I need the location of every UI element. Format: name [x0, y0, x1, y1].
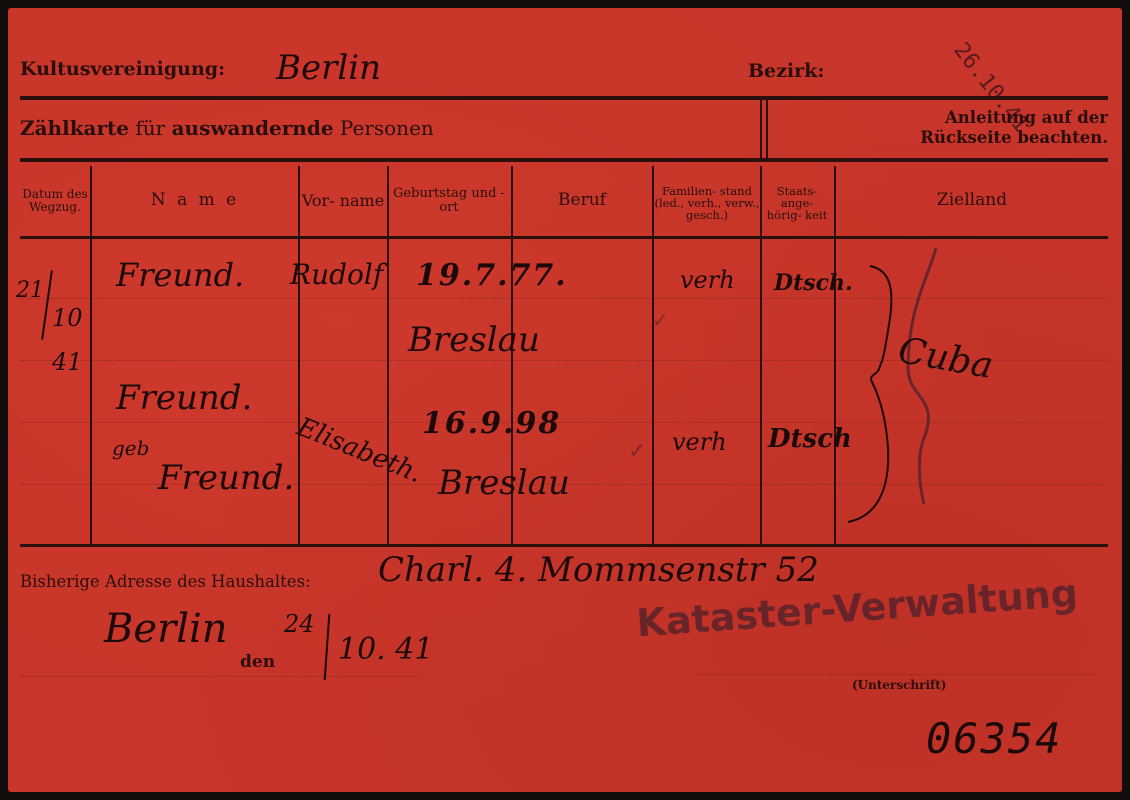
row2-geb-prefix: geb	[112, 436, 149, 460]
kultus-value: Berlin	[276, 48, 381, 88]
date-guide	[20, 676, 420, 677]
col-header-geburt: Geburtstag und -ort	[389, 166, 509, 236]
date-day: 24	[284, 610, 315, 638]
col-sep-5	[652, 166, 654, 546]
title-part-3: auswandernde	[172, 116, 334, 140]
date-rest: 10. 41	[338, 632, 433, 667]
row1-geburtstag: 19.7.77.	[416, 258, 568, 293]
col-header-familienstand: Familien- stand (led., verh., verw., ges…	[654, 166, 760, 240]
row1-vorname: Rudolf	[290, 258, 383, 291]
row2-vorname: Elisabeth.	[293, 412, 427, 489]
instructions-note: Anleitung auf der Rückseite beachten.	[778, 108, 1108, 148]
row2-check-icon: ✓	[628, 438, 646, 464]
col-header-zielland: Zielland	[836, 166, 1108, 236]
row1-check-icon: ✓	[652, 308, 669, 333]
card-number: 06354	[926, 714, 1062, 763]
title-part-2: für	[135, 116, 165, 140]
row2-name: Freund.	[116, 378, 252, 418]
col-header-beruf: Beruf	[513, 166, 651, 236]
col-header-staatsangehoerigkeit: Staats- ange- hörig- keit	[762, 166, 832, 240]
header-divider-b	[766, 100, 768, 160]
address-label: Bisherige Adresse des Haushaltes:	[20, 572, 311, 591]
col-sep-1	[90, 166, 92, 546]
col-sep-6	[760, 166, 762, 546]
title-part-1: Zählkarte	[20, 116, 129, 140]
address-value: Charl. 4. Mommsenstr 52	[378, 550, 819, 590]
datum-month: 10	[52, 304, 83, 332]
table-header-rule	[20, 236, 1108, 239]
den-label: den	[240, 652, 275, 672]
registration-card: Kultusvereinigung: Berlin Bezirk: 26.10.…	[8, 8, 1122, 792]
row2-geburtsort: Breslau	[438, 463, 570, 503]
instructions-line-1: Anleitung auf der	[778, 108, 1108, 128]
kultus-label: Kultusvereinigung:	[20, 58, 225, 80]
row1-familienstand: verh	[680, 266, 735, 294]
signature-label: (Unterschrift)	[852, 678, 946, 692]
card-title: Zählkarte für auswandernde Personen	[20, 116, 434, 140]
header-divider-a	[760, 100, 762, 160]
col-sep-2	[298, 166, 300, 546]
row1-name: Freund.	[116, 256, 244, 294]
bezirk-label: Bezirk:	[748, 60, 824, 82]
row2-familienstand: verh	[672, 428, 727, 456]
col-sep-3	[387, 166, 389, 546]
row1-geburtsort: Breslau	[408, 320, 540, 360]
instructions-line-2: Rückseite beachten.	[778, 128, 1108, 148]
col-header-datum: Datum des Wegzug.	[20, 166, 90, 236]
header-rule-1	[20, 96, 1108, 100]
date-slash	[324, 614, 331, 680]
row2-geb-name: Freund.	[158, 458, 294, 498]
row2-geburtstag: 16.9.98	[422, 406, 561, 441]
datum-day: 21	[16, 278, 44, 303]
city-value: Berlin	[104, 606, 228, 652]
bracket-icon	[828, 248, 968, 538]
header-rule-2	[20, 158, 1108, 162]
title-part-4: Personen	[340, 116, 434, 140]
signature-line	[698, 674, 1098, 675]
col-header-name: N a m e	[92, 166, 298, 236]
col-header-vorname: Vor- name	[300, 166, 386, 236]
datum-year: 41	[52, 348, 83, 376]
table-bottom-rule	[20, 544, 1108, 547]
